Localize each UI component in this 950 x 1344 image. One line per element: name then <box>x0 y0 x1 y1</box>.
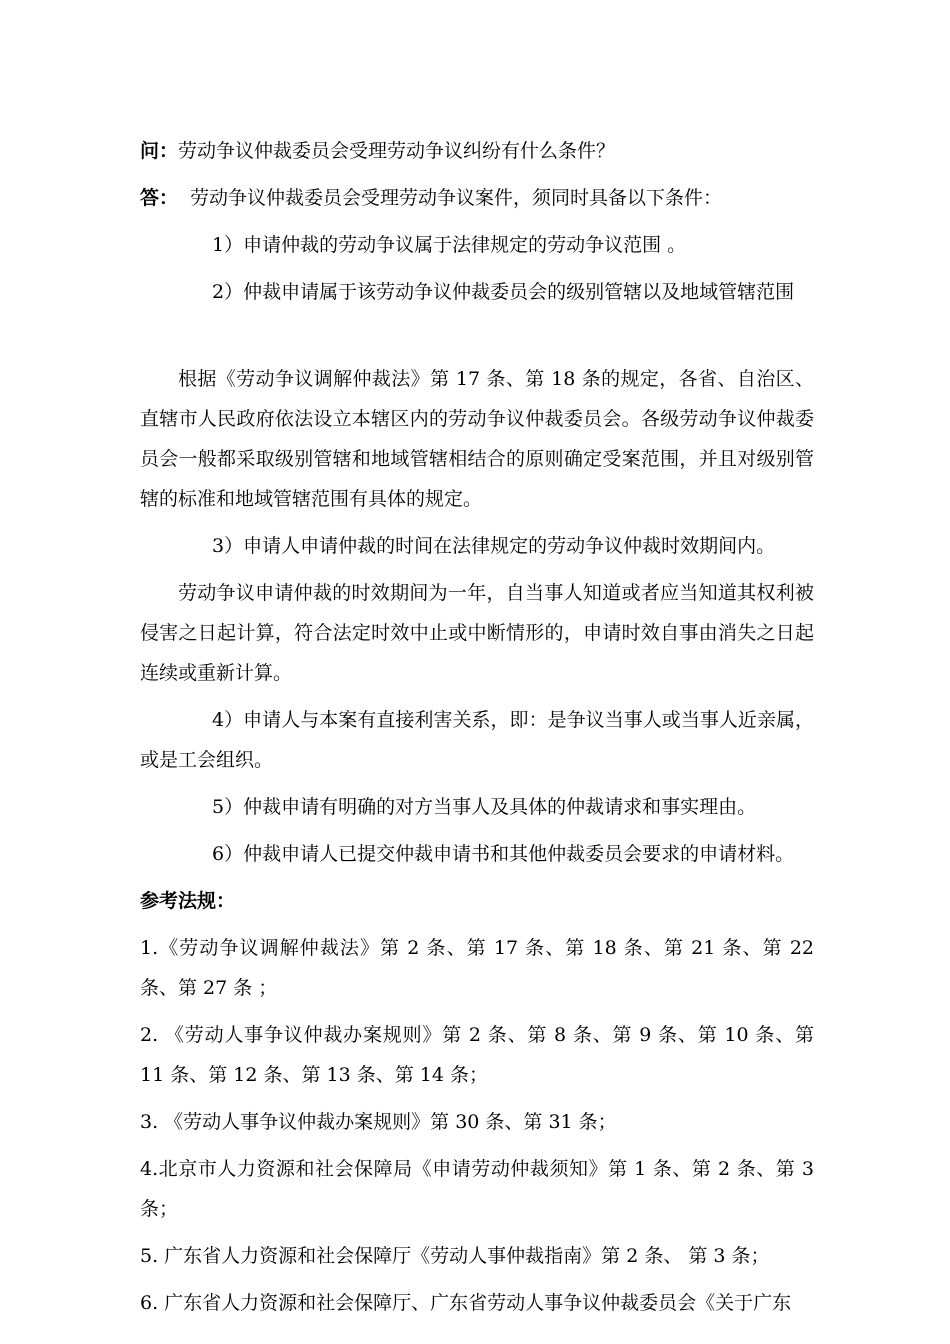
condition-item-5: 5）仲裁申请有明确的对方当事人及具体的仲裁请求和事实理由。 <box>140 787 814 827</box>
question-paragraph: 问：劳动争议仲裁委员会受理劳动争议纠纷有什么条件？ <box>140 131 814 171</box>
document-page: 问：劳动争议仲裁委员会受理劳动争议纠纷有什么条件？ 答：劳动争议仲裁委员会受理劳… <box>0 0 950 1344</box>
answer-paragraph: 答：劳动争议仲裁委员会受理劳动争议案件，须同时具备以下条件： <box>140 178 814 218</box>
condition-item-6: 6）仲裁申请人已提交仲裁申请书和其他仲裁委员会要求的申请材料。 <box>140 834 814 874</box>
reference-item-4: 4.北京市人力资源和社会保障局《申请劳动仲裁须知》第 1 条、第 2 条、第 3… <box>140 1149 814 1229</box>
jurisdiction-explanation: 根据《劳动争议调解仲裁法》第 17 条、第 18 条的规定，各省、自治区、直辖市… <box>140 359 814 519</box>
reference-item-3: 3. 《劳动人事争议仲裁办案规则》第 30 条、第 31 条； <box>140 1102 814 1142</box>
condition-item-1: 1）申请仲裁的劳动争议属于法律规定的劳动争议范围 。 <box>140 225 814 265</box>
references-heading: 参考法规： <box>140 881 814 921</box>
question-label: 问： <box>140 140 178 162</box>
reference-item-2: 2. 《劳动人事争议仲裁办案规则》第 2 条、第 8 条、第 9 条、第 10 … <box>140 1015 814 1095</box>
question-text: 劳动争议仲裁委员会受理劳动争议纠纷有什么条件？ <box>178 140 615 162</box>
document-content: 问：劳动争议仲裁委员会受理劳动争议纠纷有什么条件？ 答：劳动争议仲裁委员会受理劳… <box>140 131 814 1330</box>
condition-item-4: 4）申请人与本案有直接利害关系，即：是争议当事人或当事人近亲属，或是工会组织。 <box>140 700 814 780</box>
condition-item-2: 2）仲裁申请属于该劳动争议仲裁委员会的级别管辖以及地域管辖范围 <box>140 272 814 312</box>
reference-item-6: 6. 广东省人力资源和社会保障厅、广东省劳动人事争议仲裁委员会《关于广东 <box>140 1283 814 1323</box>
reference-item-1: 1.《劳动争议调解仲裁法》第 2 条、第 17 条、第 18 条、第 21 条、… <box>140 928 814 1008</box>
answer-label: 答： <box>140 187 178 209</box>
reference-item-5: 5. 广东省人力资源和社会保障厅《劳动人事仲裁指南》第 2 条、 第 3 条； <box>140 1236 814 1276</box>
condition-item-3: 3）申请人申请仲裁的时间在法律规定的劳动争议仲裁时效期间内。 <box>140 526 814 566</box>
time-limit-explanation: 劳动争议申请仲裁的时效期间为一年，自当事人知道或者应当知道其权利被侵害之日起计算… <box>140 573 814 693</box>
answer-text: 劳动争议仲裁委员会受理劳动争议案件，须同时具备以下条件： <box>190 187 722 209</box>
